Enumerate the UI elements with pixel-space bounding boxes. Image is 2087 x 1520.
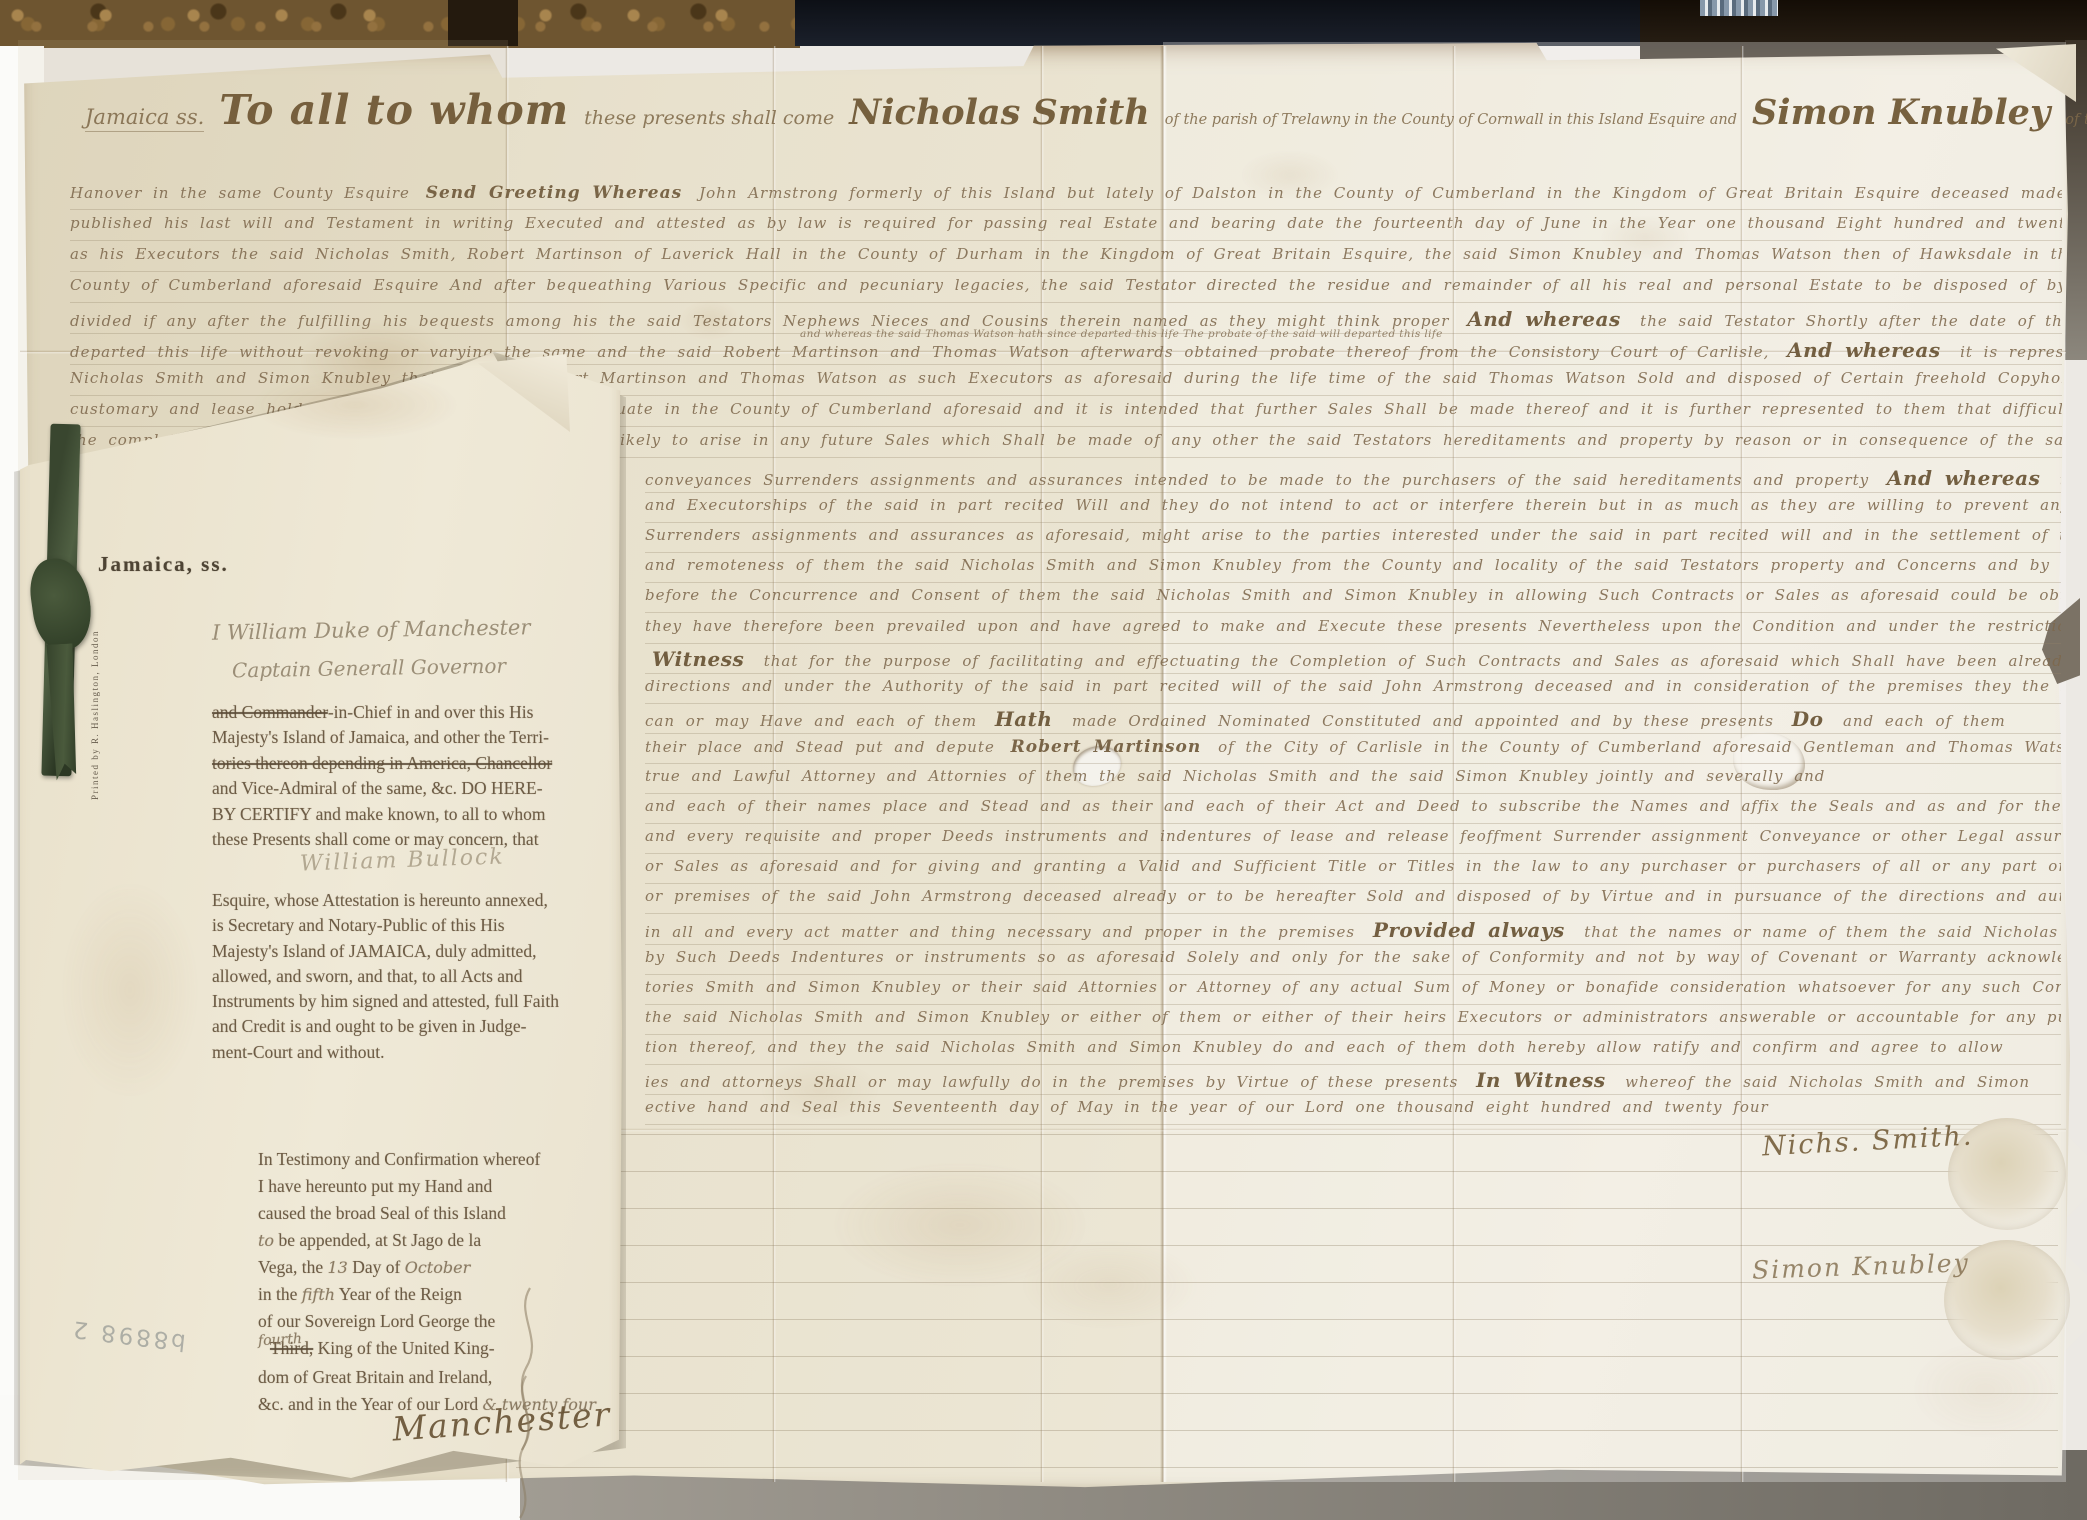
ruled-line [516, 1356, 2058, 1357]
deed-text-segment: or premises of the said John Armstrong d… [645, 887, 2061, 905]
deed-line: County of Cumberland aforesaid Esquire A… [70, 276, 2062, 303]
foxing-stain [1020, 1240, 1200, 1330]
deed-emphasis: In Witness [1469, 1068, 1625, 1092]
certificate-printed-line: caused the broad Seal of this Island [258, 1200, 608, 1227]
certificate-printed-line: allowed, and sworn, and that, to all Act… [212, 964, 612, 989]
deed-heading-segment: Nicholas Smith [849, 92, 1149, 133]
certificate-printed-line: In Testimony and Confirmation whereof [258, 1146, 608, 1173]
deed-emphasis: And whereas [1780, 338, 1960, 362]
printed-text: is Secretary and Notary-Public of this H… [212, 915, 505, 935]
deed-heading-segment: of the parish of [2065, 112, 2087, 128]
certificate-printed-line: to be appended, at St Jago de la [258, 1227, 608, 1254]
handwritten-insert: October [405, 1258, 471, 1277]
water-stain [60, 880, 200, 1100]
deed-text-segment: and every requisite and proper Deeds ins… [645, 827, 2061, 845]
deed-line: published his last will and Testament in… [70, 214, 2062, 241]
certificate-printed-line: is Secretary and Notary-Public of this H… [212, 913, 612, 938]
certificate-testimony-paragraph: In Testimony and Confirmation whereofI h… [258, 1146, 608, 1418]
deed-line: their place and Stead put and depute Rob… [645, 737, 2061, 764]
printer-imprint: Printed by R. Haslington, London [90, 630, 100, 800]
deed-line: and every requisite and proper Deeds ins… [645, 827, 2061, 854]
deed-heading-segment: To all to whom [219, 86, 569, 134]
blue-paper-fragment [1700, 0, 1778, 16]
handwritten-insert: 13 [328, 1258, 348, 1277]
deed-line: true and Lawful Attorney and Attornies o… [645, 767, 2061, 794]
deed-line: or Sales as aforesaid and for giving and… [645, 857, 2061, 884]
printed-text: In Testimony and Confirmation whereof [258, 1149, 540, 1169]
deed-line: conveyances Surrenders assignments and a… [645, 466, 2061, 493]
deed-heading-segment: Jamaica ss. [85, 105, 204, 132]
struck-through-text: tories thereon depending in America, Cha… [212, 753, 552, 773]
deed-text-segment: the said Nicholas Smith [2060, 471, 2061, 489]
deed-text-segment: whereof the said Nicholas Smith and Simo… [1625, 1073, 2030, 1091]
deed-text-segment: ies and attorneys Shall or may lawfully … [645, 1073, 1469, 1091]
printed-text: Esquire, whose Attestation is hereunto a… [212, 890, 548, 910]
deed-text-segment: County of Cumberland aforesaid Esquire A… [70, 276, 2062, 294]
printed-text: Majesty's Island of Jamaica, and other t… [212, 727, 549, 747]
deed-text-segment: ective hand and Seal this Seventeenth da… [645, 1098, 1769, 1116]
printed-text: allowed, and sworn, and that, to all Act… [212, 966, 523, 986]
deed-text-segment: and each of them [1843, 712, 2006, 730]
certificate-printed-line: Vega, the 13 Day of October [258, 1254, 608, 1281]
fabric-gap-shadow [448, 0, 518, 46]
deed-line: as his Executors the said Nicholas Smith… [70, 245, 2062, 272]
ruled-line [516, 1467, 2058, 1468]
printed-text: and Credit is and ought to be given in J… [212, 1016, 526, 1036]
deed-text-segment: tories Smith and Simon Knubley or their … [645, 978, 2061, 996]
deed-text-segment: by Such Deeds Indentures or instruments … [645, 948, 2061, 966]
deed-line: departed this life without revoking or v… [70, 338, 2062, 365]
photograph-of-deed: { "colors": { "deed_paper": "#e9e2cf", "… [0, 0, 2087, 1520]
deed-line: tion thereof, and they the said Nicholas… [645, 1038, 2061, 1065]
printed-text: -in-Chief in and over this His [328, 702, 534, 722]
certificate-printed-line: I have hereunto put my Hand and [258, 1173, 608, 1200]
printed-text: Majesty's Island of JAMAICA, duly admitt… [212, 941, 536, 961]
deed-text-segment: before the Concurrence and Consent of th… [645, 586, 2061, 604]
ruled-line [516, 1393, 2058, 1394]
deed-text-segment: can or may Have and each of them [645, 712, 988, 730]
deed-line: Witness that for the purpose of facilita… [645, 647, 2061, 674]
printed-text: Instruments by him signed and attested, … [212, 991, 559, 1011]
deed-line: ective hand and Seal this Seventeenth da… [645, 1098, 2061, 1125]
certificate-printed-line: Majesty's Island of Jamaica, and other t… [212, 725, 612, 750]
handwritten-correction: fourth [257, 1326, 302, 1355]
ruled-line [516, 1430, 2058, 1431]
printed-text: be appended, at St Jago de la [274, 1230, 481, 1250]
printed-text: in the [258, 1284, 302, 1304]
deed-text-segment: it is represented to the said [1960, 343, 2062, 361]
deed-opening-line: Jamaica ss.To all to whomthese presents … [85, 86, 2075, 134]
struck-through-text: and Commander [212, 702, 328, 722]
ruled-line [516, 1245, 2058, 1246]
deed-text-segment: as his Executors the said Nicholas Smith… [70, 245, 2062, 263]
deed-emphasis: Do [1785, 707, 1843, 731]
navy-background-strip [795, 0, 1655, 46]
deed-emphasis: Hath [988, 707, 1072, 731]
deed-line: the said Nicholas Smith and Simon Knuble… [645, 1008, 2061, 1035]
deed-line: they have therefore been prevailed upon … [645, 617, 2061, 644]
deed-line: directions and under the Authority of th… [645, 677, 2061, 704]
ruled-line [516, 1171, 2058, 1172]
certificate-printed-line: dom of Great Britain and Ireland, [258, 1364, 608, 1391]
deed-text-segment: made Ordained Nominated Constituted and … [1072, 712, 1785, 730]
deed-text-segment: conveyances Surrenders assignments and a… [645, 471, 1880, 489]
handwritten-insert: fifth [302, 1285, 335, 1304]
printed-text: BY CERTIFY and make known, to all to who… [212, 804, 546, 824]
certificate-printed-line: tories thereon depending in America, Cha… [212, 751, 612, 776]
certificate-paragraph-1: and Commander-in-Chief in and over this … [212, 700, 612, 852]
deed-text-segment: their place and Stead put and depute [645, 738, 1006, 756]
certificate-printed-line: fourthThird, King of the United King- [258, 1335, 608, 1364]
deed-line: by Such Deeds Indentures or instruments … [645, 948, 2061, 975]
ink-squiggle [504, 1372, 548, 1520]
certificate-printed-line: BY CERTIFY and make known, to all to who… [212, 802, 612, 827]
certificate-printed-line: Majesty's Island of JAMAICA, duly admitt… [212, 939, 612, 964]
certificate-paragraph-2: Esquire, whose Attestation is hereunto a… [212, 888, 612, 1065]
deed-line: Hanover in the same County Esquire Send … [70, 183, 2062, 210]
printed-text: King of the United King- [313, 1338, 494, 1358]
printed-text: and Vice-Admiral of the same, &c. DO HER… [212, 778, 543, 798]
certificate-printed-line: and Vice-Admiral of the same, &c. DO HER… [212, 776, 612, 801]
deed-line: or premises of the said John Armstrong d… [645, 887, 2061, 914]
deed-text-segment: directions and under the Authority of th… [645, 677, 2061, 695]
handwritten-governor-title: Captain Generall Governor [232, 654, 506, 683]
deed-emphasis: Witness [645, 647, 764, 671]
certificate-printed-line: ment-Court and without. [212, 1040, 612, 1065]
deed-line: tories Smith and Simon Knubley or their … [645, 978, 2061, 1005]
foxing-stain [250, 370, 460, 440]
deed-text-segment: they have therefore been prevailed upon … [645, 617, 2061, 635]
deed-line: Surrenders assignments and assurances as… [645, 526, 2061, 553]
deed-line: and Executorships of the said in part re… [645, 496, 2061, 523]
deed-interlined-note: and whereas the said Thomas Watson hath … [800, 328, 1960, 340]
printed-text: Day of [348, 1257, 405, 1277]
deed-line: and each of their names place and Stead … [645, 797, 2061, 824]
deed-heading-segment: these presents shall come [584, 107, 834, 129]
deed-text-segment: departed this life without revoking or v… [70, 343, 1780, 361]
printed-text: ment-Court and without. [212, 1042, 385, 1062]
ruled-line [516, 1208, 2058, 1209]
deed-text-segment: tion thereof, and they the said Nicholas… [645, 1038, 2004, 1056]
deed-text-segment: in all and every act matter and thing ne… [645, 923, 1366, 941]
deed-line: in all and every act matter and thing ne… [645, 918, 2061, 945]
printed-text: Year of the Reign [335, 1284, 462, 1304]
deed-text-segment: Hanover in the same County Esquire [70, 184, 421, 202]
certificate-printed-line: and Commander-in-Chief in and over this … [212, 700, 612, 725]
deed-text-segment: true and Lawful Attorney and Attornies o… [645, 767, 1825, 785]
deed-text-segment: and Executorships of the said in part re… [645, 496, 2061, 514]
certificate-printed-line: Esquire, whose Attestation is hereunto a… [212, 888, 612, 913]
deed-text-segment: of the City of Carlisle in the County of… [1218, 738, 2061, 756]
certificate-printed-line: in the fifth Year of the Reign [258, 1281, 608, 1308]
printed-text: Vega, the [258, 1257, 328, 1277]
deed-text-segment: the said Nicholas Smith and Simon Knuble… [645, 1008, 2061, 1026]
printed-text: dom of Great Britain and Ireland, [258, 1367, 492, 1387]
printed-text: I have hereunto put my Hand and [258, 1176, 492, 1196]
certificate-printed-line: Instruments by him signed and attested, … [212, 989, 612, 1014]
deed-emphasis: Provided always [1366, 918, 1584, 942]
deed-heading-segment: of the parish of Trelawny in the County … [1165, 112, 1737, 128]
certificate-printed-line: and Credit is and ought to be given in J… [212, 1014, 612, 1039]
deed-emphasis: Send Greeting Whereas [421, 183, 699, 203]
deed-text-segment: or Sales as aforesaid and for giving and… [645, 857, 2061, 875]
ruled-line [516, 1319, 2058, 1320]
deed-emphasis: And whereas [1880, 466, 2060, 490]
gilt-fabric-background [0, 0, 800, 48]
deed-line: ies and attorneys Shall or may lawfully … [645, 1068, 2061, 1095]
deed-text-segment: and each of their names place and Stead … [645, 797, 2061, 815]
deed-text-segment: and remoteness of them the said Nicholas… [645, 556, 2061, 574]
deed-line: and remoteness of them the said Nicholas… [645, 556, 2061, 583]
deed-heading-segment: Simon Knubley [1752, 92, 2050, 133]
handwritten-insert: to [258, 1231, 274, 1250]
deed-text-segment: that for the purpose of facilitating and… [764, 652, 2061, 670]
deed-text-segment: Surrenders assignments and assurances as… [645, 526, 2061, 544]
deed-text-segment: that the names or name of them the said … [1584, 923, 2061, 941]
deed-line: before the Concurrence and Consent of th… [645, 586, 2061, 613]
deed-emphasis: Robert Martinson [1006, 737, 1219, 757]
deed-text-segment: John Armstrong formerly of this Island b… [699, 184, 2062, 202]
printed-text: caused the broad Seal of this Island [258, 1203, 506, 1223]
deed-text-segment: published his last will and Testament in… [70, 214, 2062, 232]
certificate-printed-line: of our Sovereign Lord George the [258, 1308, 608, 1335]
certificate-county-label: Jamaica, ss. [98, 552, 229, 577]
deed-line: can or may Have and each of them Hath ma… [645, 707, 2061, 734]
